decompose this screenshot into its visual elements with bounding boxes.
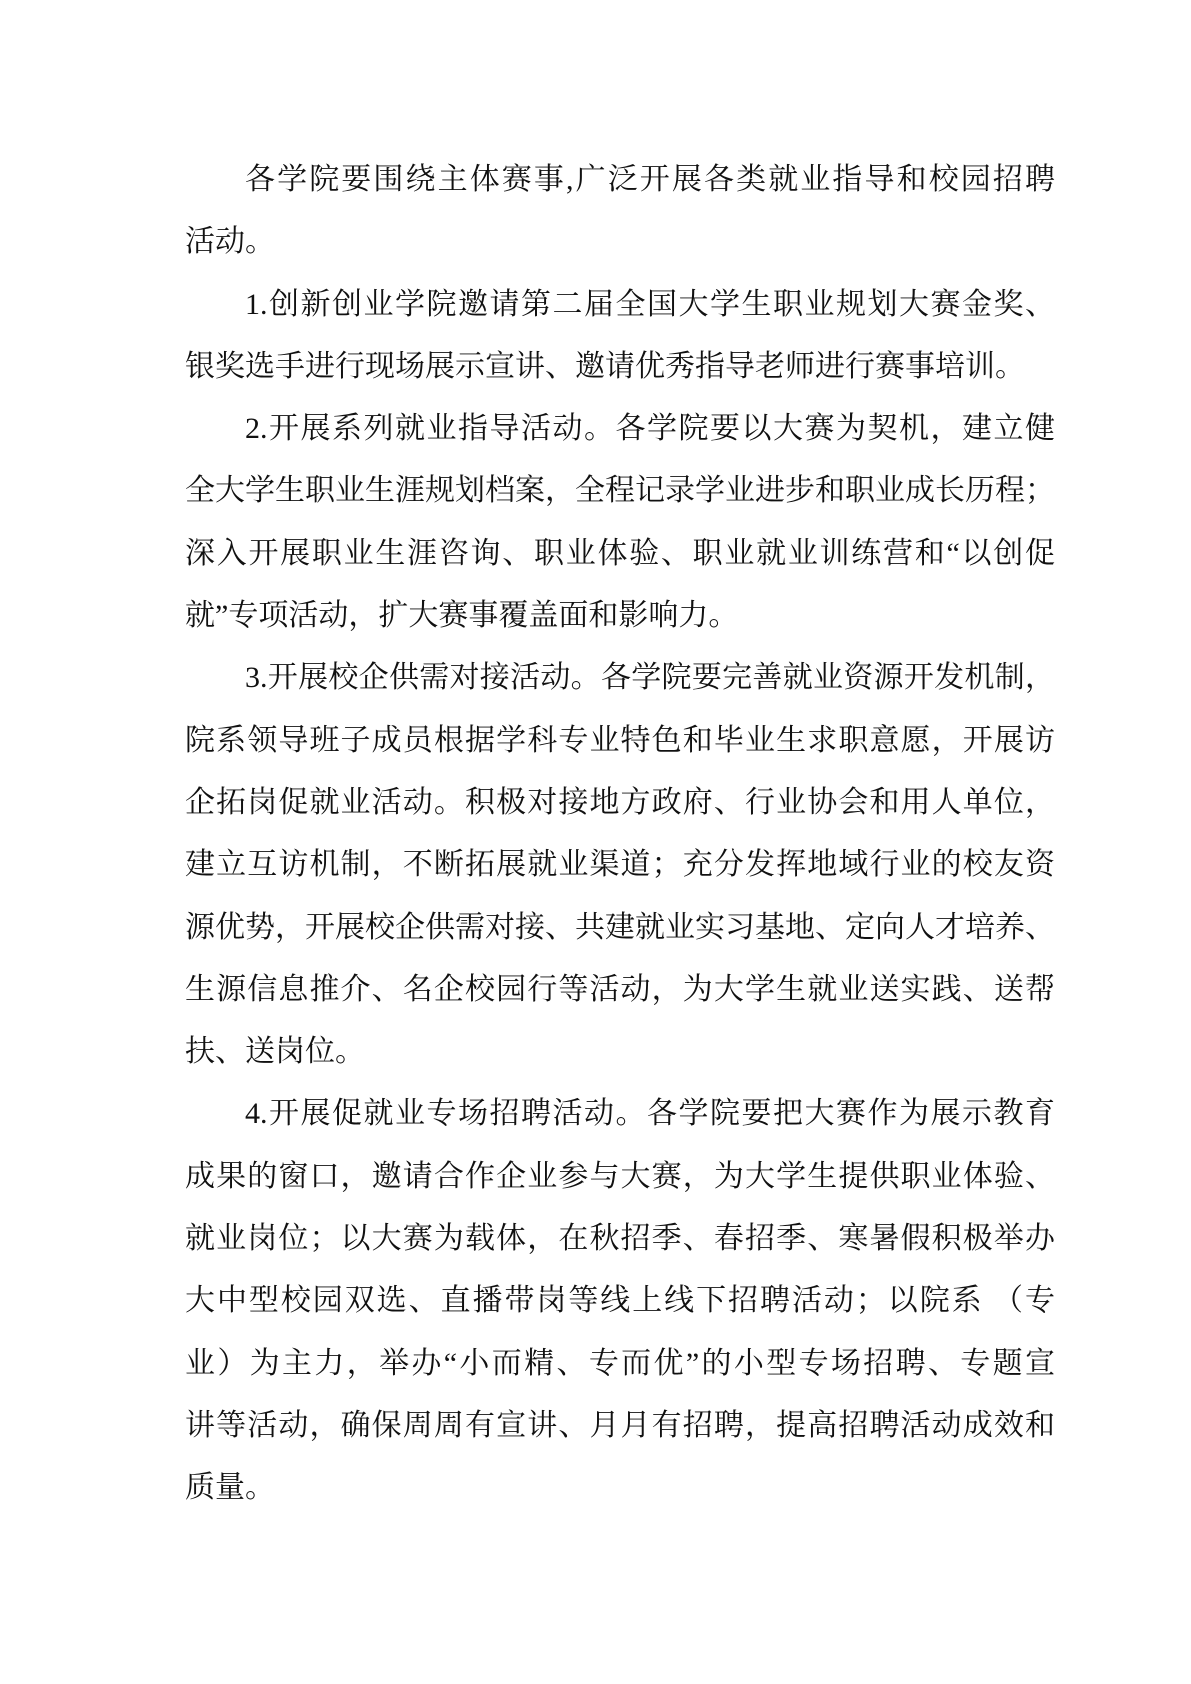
text-line: 2.开展系列就业指导活动。各学院要以大赛为契机，建立健 bbox=[185, 398, 1055, 460]
paragraph: 3.开展校企供需对接活动。各学院要完善就业资源开发机制，院系领导班子成员根据学科… bbox=[185, 647, 1055, 1083]
text-line: 活动。 bbox=[185, 211, 1055, 273]
paragraph: 1.创新创业学院邀请第二届全国大学生职业规划大赛金奖、银奖选手进行现场展示宣讲、… bbox=[185, 274, 1055, 399]
text-line: 1.创新创业学院邀请第二届全国大学生职业规划大赛金奖、 bbox=[185, 274, 1055, 336]
text-line: 银奖选手进行现场展示宣讲、邀请优秀指导老师进行赛事培训。 bbox=[185, 336, 1055, 398]
text-line: 就业岗位；以大赛为载体，在秋招季、春招季、寒暑假积极举办 bbox=[185, 1208, 1055, 1270]
text-line: 源优势，开展校企供需对接、共建就业实习基地、定向人才培养、 bbox=[185, 897, 1055, 959]
text-line: 质量。 bbox=[185, 1457, 1055, 1519]
text-line: 扶、送岗位。 bbox=[185, 1021, 1055, 1083]
text-line: 生源信息推介、名企校园行等活动，为大学生就业送实践、送帮 bbox=[185, 959, 1055, 1021]
text-line: 成果的窗口，邀请合作企业参与大赛，为大学生提供职业体验、 bbox=[185, 1146, 1055, 1208]
document-body: 各学院要围绕主体赛事,广泛开展各类就业指导和校园招聘活动。1.创新创业学院邀请第… bbox=[185, 149, 1055, 1520]
text-line: 企拓岗促就业活动。积极对接地方政府、行业协会和用人单位， bbox=[185, 772, 1055, 834]
text-line: 3.开展校企供需对接活动。各学院要完善就业资源开发机制， bbox=[185, 647, 1055, 709]
paragraph: 各学院要围绕主体赛事,广泛开展各类就业指导和校园招聘活动。 bbox=[185, 149, 1055, 274]
text-line: 院系领导班子成员根据学科专业特色和毕业生求职意愿，开展访 bbox=[185, 710, 1055, 772]
text-line: 就”专项活动，扩大赛事覆盖面和影响力。 bbox=[185, 585, 1055, 647]
document-page: 各学院要围绕主体赛事,广泛开展各类就业指导和校园招聘活动。1.创新创业学院邀请第… bbox=[0, 0, 1191, 1684]
text-line: 业）为主力，举办“小而精、专而优”的小型专场招聘、专题宣 bbox=[185, 1333, 1055, 1395]
text-line: 讲等活动，确保周周有宣讲、月月有招聘，提高招聘活动成效和 bbox=[185, 1395, 1055, 1457]
paragraph: 2.开展系列就业指导活动。各学院要以大赛为契机，建立健全大学生职业生涯规划档案，… bbox=[185, 398, 1055, 647]
text-line: 4.开展促就业专场招聘活动。各学院要把大赛作为展示教育 bbox=[185, 1083, 1055, 1145]
text-line: 各学院要围绕主体赛事,广泛开展各类就业指导和校园招聘 bbox=[185, 149, 1055, 211]
paragraph: 4.开展促就业专场招聘活动。各学院要把大赛作为展示教育成果的窗口，邀请合作企业参… bbox=[185, 1083, 1055, 1519]
text-line: 大中型校园双选、直播带岗等线上线下招聘活动；以院系 （专 bbox=[185, 1270, 1055, 1332]
text-line: 全大学生职业生涯规划档案，全程记录学业进步和职业成长历程； bbox=[185, 460, 1055, 522]
text-line: 深入开展职业生涯咨询、职业体验、职业就业训练营和“以创促 bbox=[185, 523, 1055, 585]
text-line: 建立互访机制，不断拓展就业渠道；充分发挥地域行业的校友资 bbox=[185, 834, 1055, 896]
